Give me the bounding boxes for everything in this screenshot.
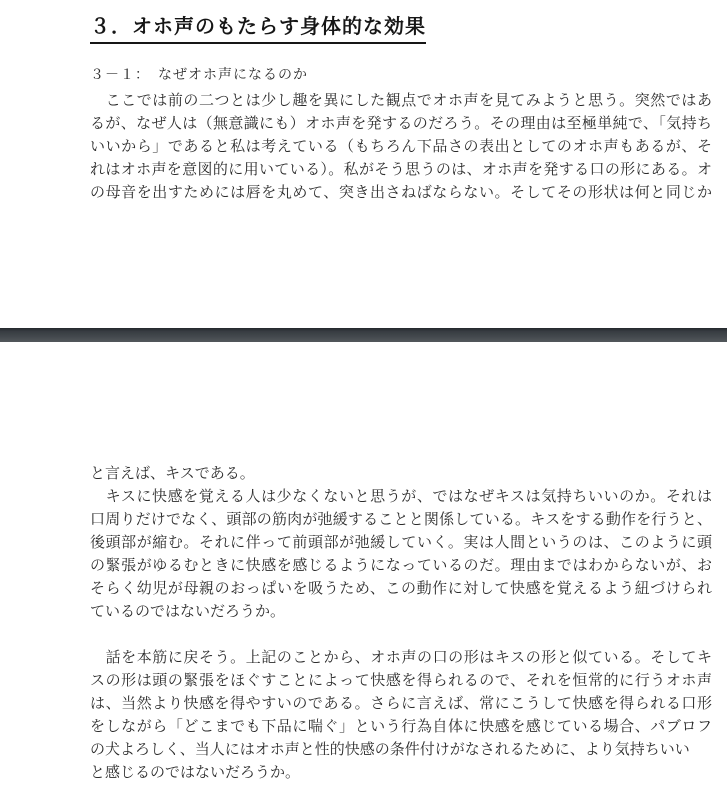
section-title: ３．オホ声のもたらす身体的な効果 [90, 14, 426, 44]
document-page-1: ３．オホ声のもたらす身体的な効果 ３－１： なぜオホ声になるのか ここでは前の二… [0, 0, 727, 328]
subsection-heading: ３－１： なぜオホ声になるのか [90, 63, 712, 86]
text-line: は、当然より快感を得やすいのである。さらに言えば、常にこうして快感を得られる口形 [90, 692, 712, 715]
text-line: ここでは前の二つとは少し趣を異にした観点でオホ声を見てみようと思う。突然ではあ [90, 89, 712, 112]
text-line: 話を本筋に戻そう。上記のことから、オホ声の口の形はキスの形と似ている。そしてキ [90, 646, 712, 669]
text-line: と感じるのではないだろうか。 [90, 761, 712, 784]
text-line: いいから」であると私は考えている（もちろん下品さの表出としてのオホ声もあるが、そ [90, 135, 712, 158]
text-line: ているのではないだろうか。 [90, 600, 712, 623]
paragraph-conclusion: 話を本筋に戻そう。上記のことから、オホ声の口の形はキスの形と似ている。そしてキス… [90, 646, 712, 784]
text-line: 口周りだけでなく、頭部の筋肉が弛緩することと関係している。キスをする動作を行うと… [90, 508, 712, 531]
document-viewer: ３．オホ声のもたらす身体的な効果 ３－１： なぜオホ声になるのか ここでは前の二… [0, 0, 727, 794]
text-line: スの形は頭の緊張をほぐすことによって快感を得られるので、それを恒常的に行うオホ声 [90, 669, 712, 692]
text-line: れはオホ声を意図的に用いている）。私がそう思うのは、オホ声を発する口の形にある。… [90, 158, 712, 181]
document-page-2: と言えば、キスである。 キスに快感を覚える人は少なくないと思うが、ではなぜキスは… [0, 342, 727, 794]
text-line: キスに快感を覚える人は少なくないと思うが、ではなぜキスは気持ちいいのか。それは [90, 485, 712, 508]
text-line: るが、なぜ人は（無意識にも）オホ声を発するのだろう。その理由は至極単純で、「気持… [90, 112, 712, 135]
page-break-divider [0, 328, 727, 342]
text-line: をしながら「どこまでも下品に喘ぐ」という行為自体に快感を感じている場合、パブロフ [90, 715, 712, 738]
text-line: の母音を出すためには唇を丸めて、突き出さねばならない。そしてその形状は何と同じか [90, 181, 712, 204]
text-line: の緊張がゆるむときに快感を感じるようになっているのだ。理由まではわからないが、お [90, 554, 712, 577]
text-line: の犬よろしく、当人にはオホ声と性的快感の条件付けがなされるために、より気持ちいい [90, 738, 712, 761]
paragraph-intro: ここでは前の二つとは少し趣を異にした観点でオホ声を見てみようと思う。突然ではある… [90, 89, 712, 204]
text-line: 後頭部が縮む。それに伴って前頭部が弛緩していく。実は人間というのは、このように頭 [90, 531, 712, 554]
text-line: と言えば、キスである。 [90, 462, 712, 485]
paragraph-kiss: と言えば、キスである。 キスに快感を覚える人は少なくないと思うが、ではなぜキスは… [90, 462, 712, 623]
text-line: そらく幼児が母親のおっぱいを吸うため、この動作に対して快感を覚えるよう紐づけられ [90, 577, 712, 600]
